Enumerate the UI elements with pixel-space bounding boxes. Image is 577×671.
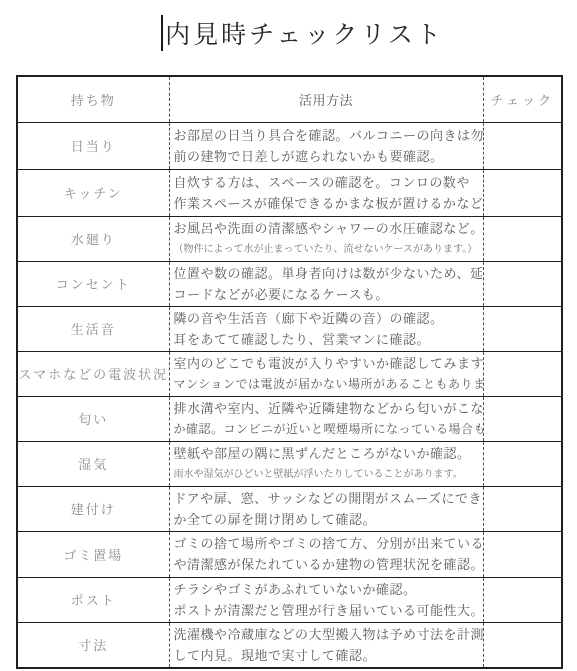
usage-line-2: や清潔感が保たれているか建物の管理状況を確認。	[174, 554, 480, 575]
header-row: 持ち物 活用方法 チェック	[17, 76, 562, 122]
checklist-row: 湿気 壁紙や部屋の隅に黒ずんだところがないか確認。 雨水や湿気がひどいと壁紙が浮…	[17, 441, 562, 486]
checklist-row: ゴミ置場 ゴミの捨て場所やゴミの捨て方、分別が出来ているか や清潔感が保たれてい…	[17, 531, 562, 577]
usage-line-1: お風呂や洗面の清潔感やシャワーの水圧確認など。	[174, 218, 480, 239]
usage-line-1: 位置や数の確認。単身者向けは数が少ないため、延長	[174, 263, 480, 284]
checklist-row: 生活音 隣の音や生活音（廊下や近隣の音）の確認。 耳をあてて確認したり、営業マン…	[17, 306, 562, 351]
check-cell[interactable]	[483, 531, 562, 577]
item-cell: ポスト	[17, 577, 169, 622]
usage-line-1: ゴミの捨て場所やゴミの捨て方、分別が出来ているか	[174, 533, 480, 554]
usage-cell: 位置や数の確認。単身者向けは数が少ないため、延長 コードなどが必要になるケースも…	[169, 261, 483, 306]
usage-cell: 排水溝や室内、近隣や近隣建物などから匂いがこない か確認。コンビニが近いと喫煙場…	[169, 396, 483, 441]
checklist-row: ポスト チラシやゴミがあふれていないか確認。 ポストが清潔だと管理が行き届いてい…	[17, 577, 562, 622]
item-cell: 生活音	[17, 306, 169, 351]
item-cell: コンセント	[17, 261, 169, 306]
usage-cell: 室内のどこでも電波が入りやすいか確認してみます。 マンションでは電波が届かない場…	[169, 351, 483, 396]
page-title[interactable]: 内見時チェックリスト	[165, 15, 444, 51]
checklist-row: スマホなどの電波状況 室内のどこでも電波が入りやすいか確認してみます。 マンショ…	[17, 351, 562, 396]
usage-cell: 洗濯機や冷蔵庫などの大型搬入物は予め寸法を計測 して内見。現地で実寸して確認。	[169, 622, 483, 668]
checklist-row: 建付け ドアや扉、窓、サッシなどの開閉がスムーズにできる か全ての扉を開け閉めし…	[17, 486, 562, 531]
item-cell: 建付け	[17, 486, 169, 531]
header-check: チェック	[483, 76, 562, 122]
checklist-row: キッチン 自炊する方は、スペースの確認を。コンロの数や 作業スペースが確保できる…	[17, 169, 562, 216]
usage-line-2: か確認。コンビニが近いと喫煙場所になっている場合も。	[174, 419, 480, 440]
checklist-row: 日当り お部屋の日当り具合を確認。バルコニーの向きは勿論 前の建物で日差しが遮ら…	[17, 122, 562, 169]
item-cell: 水廻り	[17, 216, 169, 261]
usage-line-1: 隣の音や生活音（廊下や近隣の音）の確認。	[174, 308, 480, 329]
checklist-row: 寸法 洗濯機や冷蔵庫などの大型搬入物は予め寸法を計測 して内見。現地で実寸して確…	[17, 622, 562, 668]
check-cell[interactable]	[483, 441, 562, 486]
usage-line-2: 耳をあてて確認したり、営業マンに確認。	[174, 329, 480, 350]
item-cell: 日当り	[17, 122, 169, 169]
check-cell[interactable]	[483, 261, 562, 306]
check-cell[interactable]	[483, 122, 562, 169]
item-cell: 寸法	[17, 622, 169, 668]
usage-cell: ドアや扉、窓、サッシなどの開閉がスムーズにできる か全ての扉を開け閉めして確認。	[169, 486, 483, 531]
item-cell: 匂い	[17, 396, 169, 441]
check-cell[interactable]	[483, 486, 562, 531]
text-cursor	[161, 15, 163, 51]
document-title-line: 内見時チェックリスト	[0, 13, 577, 53]
check-cell[interactable]	[483, 216, 562, 261]
checklist-row: 水廻り お風呂や洗面の清潔感やシャワーの水圧確認など。 （物件によって水が止まっ…	[17, 216, 562, 261]
usage-line-2: して内見。現地で実寸して確認。	[174, 645, 480, 666]
usage-line-2: 前の建物で日差しが遮られないかも要確認。	[174, 146, 480, 167]
usage-line-2: ポストが清潔だと管理が行き届いている可能性大。	[174, 600, 480, 621]
item-cell: スマホなどの電波状況	[17, 351, 169, 396]
item-cell: キッチン	[17, 169, 169, 216]
usage-cell: ゴミの捨て場所やゴミの捨て方、分別が出来ているか や清潔感が保たれているか建物の…	[169, 531, 483, 577]
checklist-row: コンセント 位置や数の確認。単身者向けは数が少ないため、延長 コードなどが必要に…	[17, 261, 562, 306]
usage-line-2: か全ての扉を開け閉めして確認。	[174, 509, 480, 530]
usage-line-1: ドアや扉、窓、サッシなどの開閉がスムーズにできる	[174, 488, 480, 509]
usage-line-2: （物件によって水が止まっていたり、流せないケースがあります。）	[174, 239, 480, 260]
usage-cell: 隣の音や生活音（廊下や近隣の音）の確認。 耳をあてて確認したり、営業マンに確認。	[169, 306, 483, 351]
check-cell[interactable]	[483, 351, 562, 396]
checklist-row: 匂い 排水溝や室内、近隣や近隣建物などから匂いがこない か確認。コンビニが近いと…	[17, 396, 562, 441]
usage-line-1: 排水溝や室内、近隣や近隣建物などから匂いがこない	[174, 398, 480, 419]
usage-cell: チラシやゴミがあふれていないか確認。 ポストが清潔だと管理が行き届いている可能性…	[169, 577, 483, 622]
usage-line-2: 作業スペースが確保できるかまな板が置けるかなど。	[174, 193, 480, 214]
usage-cell: 自炊する方は、スペースの確認を。コンロの数や 作業スペースが確保できるかまな板が…	[169, 169, 483, 216]
usage-cell: お部屋の日当り具合を確認。バルコニーの向きは勿論 前の建物で日差しが遮られないか…	[169, 122, 483, 169]
item-cell: ゴミ置場	[17, 531, 169, 577]
usage-line-1: 自炊する方は、スペースの確認を。コンロの数や	[174, 172, 480, 193]
check-cell[interactable]	[483, 169, 562, 216]
usage-line-2: マンションでは電波が届かない場所があることもあります。	[174, 374, 480, 395]
usage-line-2: 雨水や湿気がひどいと壁紙が浮いたりしていることがあります。	[174, 464, 480, 485]
header-item: 持ち物	[17, 76, 169, 122]
usage-line-1: 洗濯機や冷蔵庫などの大型搬入物は予め寸法を計測	[174, 624, 480, 645]
usage-cell: お風呂や洗面の清潔感やシャワーの水圧確認など。 （物件によって水が止まっていたり…	[169, 216, 483, 261]
check-cell[interactable]	[483, 306, 562, 351]
check-cell[interactable]	[483, 396, 562, 441]
usage-line-2: コードなどが必要になるケースも。	[174, 284, 480, 305]
check-cell[interactable]	[483, 622, 562, 668]
usage-line-1: 壁紙や部屋の隅に黒ずんだところがないか確認。	[174, 443, 480, 464]
usage-line-1: お部屋の日当り具合を確認。バルコニーの向きは勿論	[174, 125, 480, 146]
usage-line-1: 室内のどこでも電波が入りやすいか確認してみます。	[174, 353, 480, 374]
usage-line-1: チラシやゴミがあふれていないか確認。	[174, 579, 480, 600]
check-cell[interactable]	[483, 577, 562, 622]
item-cell: 湿気	[17, 441, 169, 486]
usage-cell: 壁紙や部屋の隅に黒ずんだところがないか確認。 雨水や湿気がひどいと壁紙が浮いたり…	[169, 441, 483, 486]
header-usage: 活用方法	[169, 76, 483, 122]
checklist-table: 持ち物 活用方法 チェック 日当り お部屋の日当り具合を確認。バルコニーの向きは…	[16, 75, 563, 669]
